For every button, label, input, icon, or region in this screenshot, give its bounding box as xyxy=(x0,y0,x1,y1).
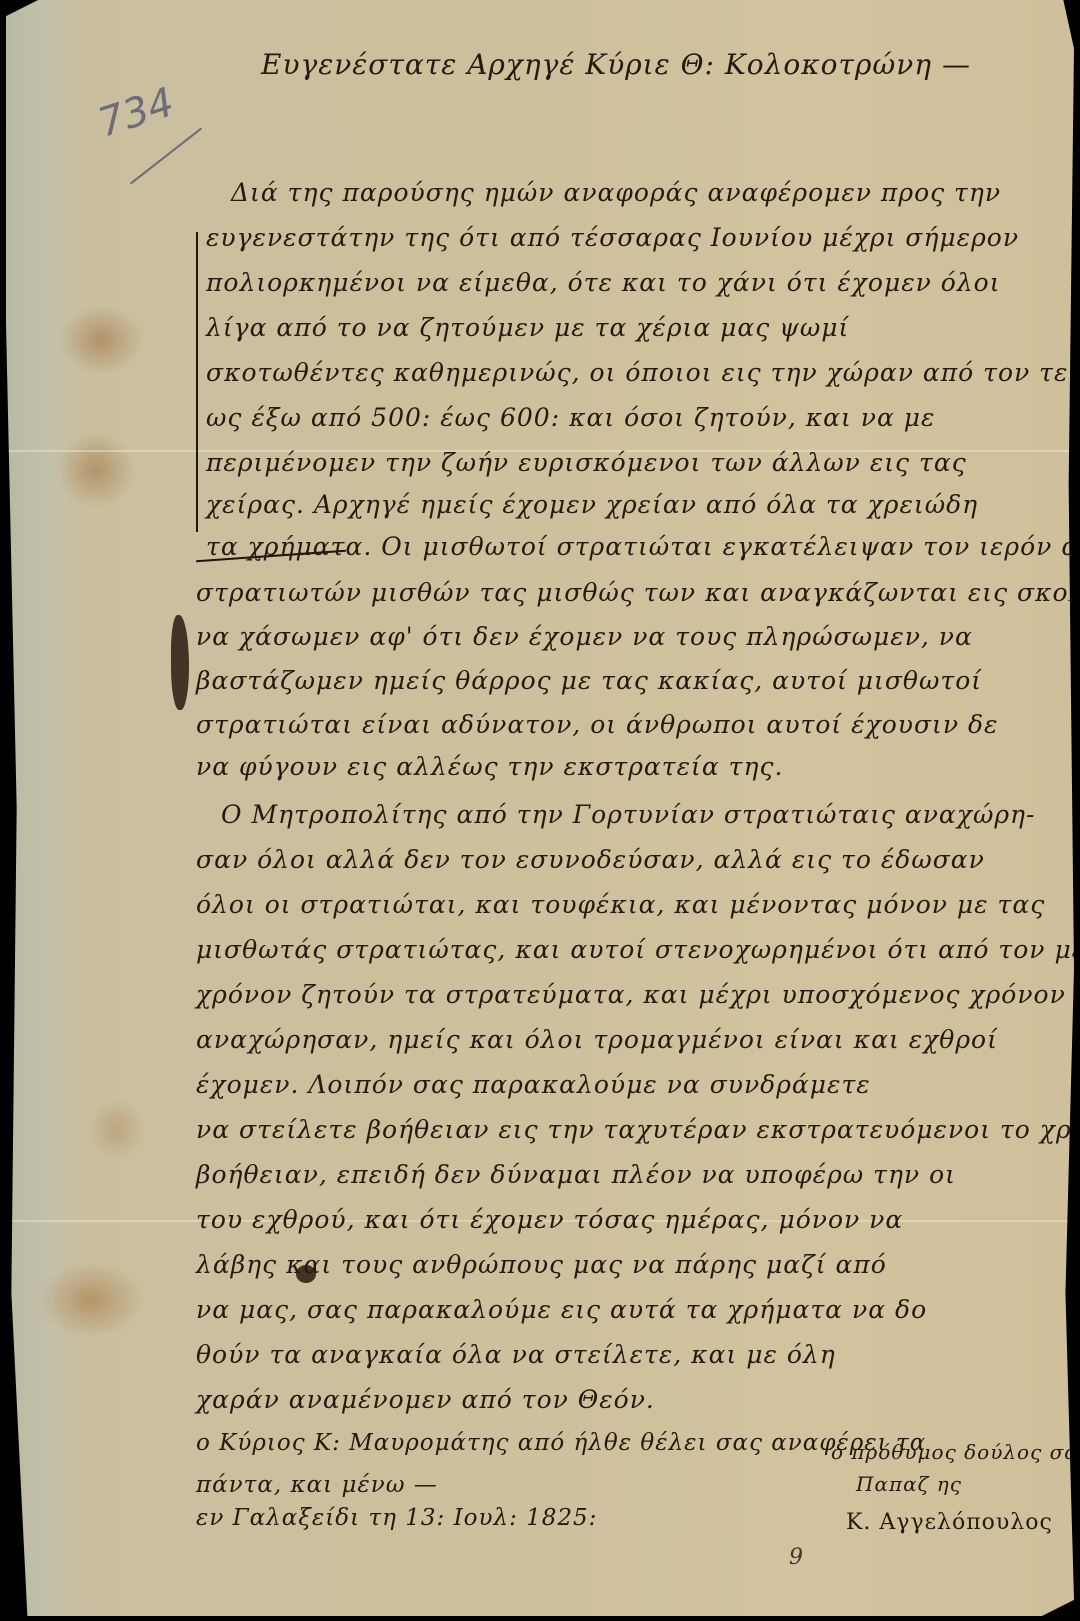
body-line: στρατιώται είναι αδύνατον, οι άνθρωποι α… xyxy=(196,710,998,739)
signature-line: ο πρόθυμος δούλος σας xyxy=(831,1440,1080,1464)
body-line: να μας, σας παρακαλούμε εις αυτά τα χρήμ… xyxy=(196,1295,927,1324)
body-line: Διά της παρούσης ημών αναφοράς αναφέρομε… xyxy=(231,178,1001,207)
body-line: αναχώρησαν, ημείς και όλοι τρομαγμένοι ε… xyxy=(196,1025,998,1054)
body-line: θούν τα αναγκαία όλα να στείλετε, και με… xyxy=(196,1340,836,1369)
body-line: σκοτωθέντες καθημερινώς, οι όποιοι εις τ… xyxy=(206,358,1068,387)
body-line: λίγα από το να ζητούμεν με τα χέρια μας … xyxy=(206,313,849,342)
closing-line: ο Κύριος Κ: Μαυρομάτης από ήλθε θέλει σα… xyxy=(196,1430,926,1456)
body-line: σαν όλοι αλλά δεν τον εσυνοδεύσαν, αλλά … xyxy=(196,845,985,874)
body-line: να φύγουν εις αλλέως την εκστρατεία της. xyxy=(196,752,783,781)
ink-blot xyxy=(171,615,189,710)
body-line: πολιορκημένοι να είμεθα, ότε και το χάνι… xyxy=(206,268,1001,297)
date-place-line: εν Γαλαξείδι τη 13: Ιουλ: 1825: xyxy=(196,1505,597,1531)
closing-line: πάντα, και μένω — xyxy=(196,1472,438,1498)
body-line: να στείλετε βοήθειαν εις την ταχυτέραν ε… xyxy=(196,1115,1080,1144)
body-line: ευγενεστάτην της ότι από τέσσαρας Ιουνίο… xyxy=(206,223,1019,252)
body-line: τα χρήματα. Οι μισθωτοί στρατιώται εγκατ… xyxy=(206,532,1080,561)
body-line: Ο Μητροπολίτης από την Γορτυνίαν στρατιώ… xyxy=(221,800,1035,829)
body-line: όλοι οι στρατιώται, και τουφέκια, και μέ… xyxy=(196,890,1045,919)
page-number: 9 xyxy=(789,1545,803,1570)
body-line: χείρας. Αρχηγέ ημείς έχομεν χρείαν από ό… xyxy=(206,490,978,519)
manuscript-page: 734 Ευγενέστατε Αρχηγέ Κύριε Θ: Κολοκοτρ… xyxy=(6,0,1074,1616)
archive-slash-mark xyxy=(130,128,202,185)
body-line: περιμένομεν την ζωήν ευρισκόμενοι των άλ… xyxy=(206,448,967,477)
body-line: ως έξω από 500: έως 600: και όσοι ζητούν… xyxy=(206,403,935,432)
body-line: λάβης και τους ανθρώπους μας να πάρης μα… xyxy=(196,1250,887,1279)
body-line: χαράν αναμένομεν από τον Θεόν. xyxy=(196,1385,655,1414)
body-line: βοήθειαν, επειδή δεν δύναμαι πλέον να υπ… xyxy=(196,1160,956,1189)
signature-name: Κ. Αγγελόπουλος xyxy=(846,1510,1053,1535)
body-line: χρόνον ζητούν τα στρατεύματα, και μέχρι … xyxy=(196,980,1066,1009)
body-line: βαστάζωμεν ημείς θάρρος με τας κακίας, α… xyxy=(196,666,982,695)
salutation: Ευγενέστατε Αρχηγέ Κύριε Θ: Κολοκοτρώνη … xyxy=(261,48,971,81)
archive-number: 734 xyxy=(93,79,180,146)
body-line: του εχθρού, και ότι έχομεν τόσας ημέρας,… xyxy=(196,1205,903,1234)
body-line: έχομεν. Λοιπόν σας παρακαλούμε να συνδρά… xyxy=(196,1070,871,1099)
margin-bracket xyxy=(196,232,198,532)
signature-line: Παπαζ ης xyxy=(856,1472,962,1496)
body-line: μισθωτάς στρατιώτας, και αυτοί στενοχωρη… xyxy=(196,935,1080,964)
body-line: στρατιωτών μισθών τας μισθώς των και ανα… xyxy=(196,578,1080,607)
body-line: να χάσωμεν αφ' ότι δεν έχομεν να τους πλ… xyxy=(196,622,973,651)
